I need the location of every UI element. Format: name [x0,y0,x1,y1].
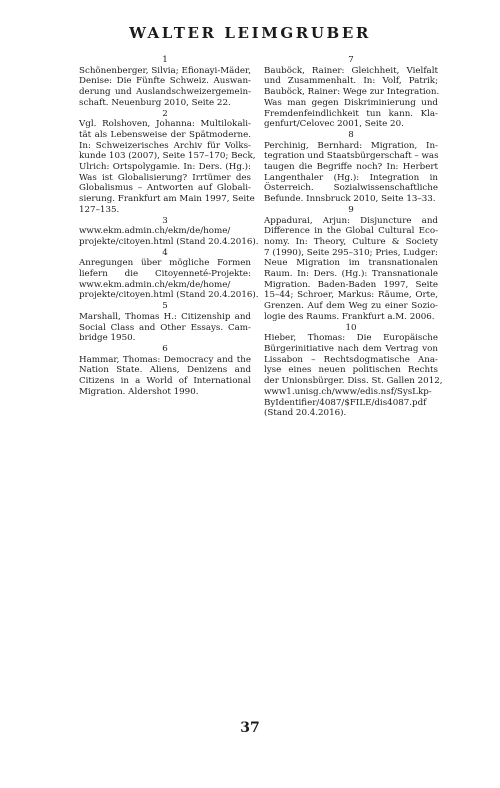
endnote-line: Was ist Globalisierung? Irrtümer des [79,173,251,184]
endnote: 5Marshall, Thomas H.: Citizenship andSoc… [79,301,251,344]
endnote-line: Österreich. Sozialwissenschaftliche [264,183,438,194]
notes-column-left: 1Schönenberger, Silvia; Efionayi-Mäder,D… [79,55,251,419]
endnote-line: ByIdentifier/4087/$FILE/dis4087.pdf [264,398,438,409]
endnote-line: Nation State. Aliens, Denizens and [79,365,251,376]
endnote-line: Perchinig, Bernhard: Migration, In- [264,141,438,152]
endnote-line: und Zusammenhalt. In: Volf, Patrik; [264,76,438,87]
endnote-line: sierung. Frankfurt am Main 1997, Seite [79,194,251,205]
endnote: 8Perchinig, Bernhard: Migration, In-tegr… [264,130,438,205]
endnote: 3www.ekm.admin.ch/ekm/de/home/projekte/c… [79,216,251,248]
endnote-line: 15–44; Schroer, Markus: Räume, Orte, [264,290,438,301]
endnote-line: 7 (1990), Seite 295–310; Pries, Ludger: [264,248,438,259]
endnote-line: tegration und Staatsbürgerschaft – was [264,151,438,162]
endnote-line: schaft. Neuenburg 2010, Seite 22. [79,98,251,109]
endnote-line: Denise: Die Fünfte Schweiz. Auswan- [79,76,251,87]
endnote-line: Langenthaler (Hg.): Integration in [264,173,438,184]
endnote-line: Social Class and Other Essays. Cam- [79,323,251,334]
endnote-line: lyse eines neuen politischen Rechts [264,365,438,376]
endnote-line: www.ekm.admin.ch/ekm/de/home/ [79,226,251,237]
endnote-number: 3 [79,216,251,227]
page-number: 37 [0,720,500,736]
running-head: WALTER LEIMGRUBER [0,24,500,42]
endnote-number: 1 [79,55,251,66]
endnote-line: Anregungen über mögliche Formen [79,258,251,269]
endnote-number: 9 [264,205,438,216]
endnote-line: Vgl. Rolshoven, Johanna: Multilokali- [79,119,251,130]
endnote-line: Citizens in a World of International [79,376,251,387]
endnote-line: Hieber, Thomas: Die Europäische [264,333,438,344]
endnote-line: Raum. In: Ders. (Hg.): Transnationale [264,269,438,280]
endnote-line: Schönenberger, Silvia; Efionayi-Mäder, [79,66,251,77]
endnote-line: Appadurai, Arjun: Disjuncture and [264,216,438,227]
endnote-line: der Unionsbürger. Diss. St. Gallen 2012, [264,376,438,387]
endnote-line: Lissabon – Rechtsdogmatische Ana- [264,355,438,366]
endnotes-area: 1Schönenberger, Silvia; Efionayi-Mäder,D… [79,55,438,419]
endnote: 7Bauböck, Rainer: Gleichheit, Vielfaltun… [264,55,438,130]
endnote-line: Bauböck, Rainer: Wege zur Integration. [264,87,438,98]
endnote-line: projekte/citoyen.html (Stand 20.4.2016). [79,290,251,301]
endnote-line: (Stand 20.4.2016). [264,408,438,419]
endnote-number: 5 [79,301,251,312]
endnote-line: kunde 103 (2007), Seite 157–170; Beck, [79,151,251,162]
endnote-line: www.ekm.admin.ch/ekm/de/home/ [79,280,251,291]
endnote-line: Was man gegen Diskriminierung und [264,98,438,109]
endnote-line: Bürgerinitiative nach dem Vertrag von [264,344,438,355]
endnote-line: nomy. In: Theory, Culture & Society [264,237,438,248]
endnote-line: taugen die Begriffe noch? In: Herbert [264,162,438,173]
endnote-line: Grenzen. Auf dem Weg zu einer Sozio- [264,301,438,312]
endnote-line: Ulrich: Ortspolygamie. In: Ders. (Hg.): [79,162,251,173]
endnote-line: www1.unisg.ch/www/edis.nsf/SysLkp- [264,387,438,398]
endnote-line: Befunde. Innsbruck 2010, Seite 13–33. [264,194,438,205]
endnote-line: genfurt/Celovec 2001, Seite 20. [264,119,438,130]
endnote-line: tät als Lebensweise der Spätmoderne. [79,130,251,141]
endnote-line: derung und Auslandschweizergemein- [79,87,251,98]
endnote: 4Anregungen über mögliche Formenliefern … [79,248,251,302]
endnote-number: 4 [79,248,251,259]
endnote-line: liefern die Citoyenneté-Projekte: [79,269,251,280]
endnote-number: 6 [79,344,251,355]
endnote-line: Bauböck, Rainer: Gleichheit, Vielfalt [264,66,438,77]
endnote-line: Neue Migration im transnationalen [264,258,438,269]
endnote-line: logie des Raums. Frankfurt a.M. 2006. [264,312,438,323]
endnote: 9Appadurai, Arjun: Disjuncture andDiffer… [264,205,438,323]
endnote: 6Hammar, Thomas: Democracy and theNation… [79,344,251,398]
endnote-line: Globalismus – Antworten auf Globali- [79,183,251,194]
endnote: 2Vgl. Rolshoven, Johanna: Multilokali-tä… [79,109,251,216]
endnote-line: In: Schweizerisches Archiv für Volks- [79,141,251,152]
endnote-line: Fremdenfeindlichkeit tun kann. Kla- [264,109,438,120]
endnote-line: Hammar, Thomas: Democracy and the [79,355,251,366]
document-page: WALTER LEIMGRUBER 1Schönenberger, Silvia… [0,0,500,788]
endnote-line: bridge 1950. [79,333,251,344]
endnote: 10Hieber, Thomas: Die EuropäischeBürgeri… [264,323,438,419]
endnote-number: 10 [264,323,438,334]
endnote: 1Schönenberger, Silvia; Efionayi-Mäder,D… [79,55,251,109]
endnote-line: Difference in the Global Cultural Eco- [264,226,438,237]
endnote-line: Migration. Aldershot 1990. [79,387,251,398]
endnote-line: 127–135. [79,205,251,216]
endnote-line: projekte/citoyen.html (Stand 20.4.2016). [79,237,251,248]
endnote-line: Migration. Baden-Baden 1997, Seite [264,280,438,291]
endnote-line: Marshall, Thomas H.: Citizenship and [79,312,251,323]
endnote-number: 8 [264,130,438,141]
endnote-number: 2 [79,109,251,120]
endnote-number: 7 [264,55,438,66]
notes-column-right: 7Bauböck, Rainer: Gleichheit, Vielfaltun… [264,55,438,419]
